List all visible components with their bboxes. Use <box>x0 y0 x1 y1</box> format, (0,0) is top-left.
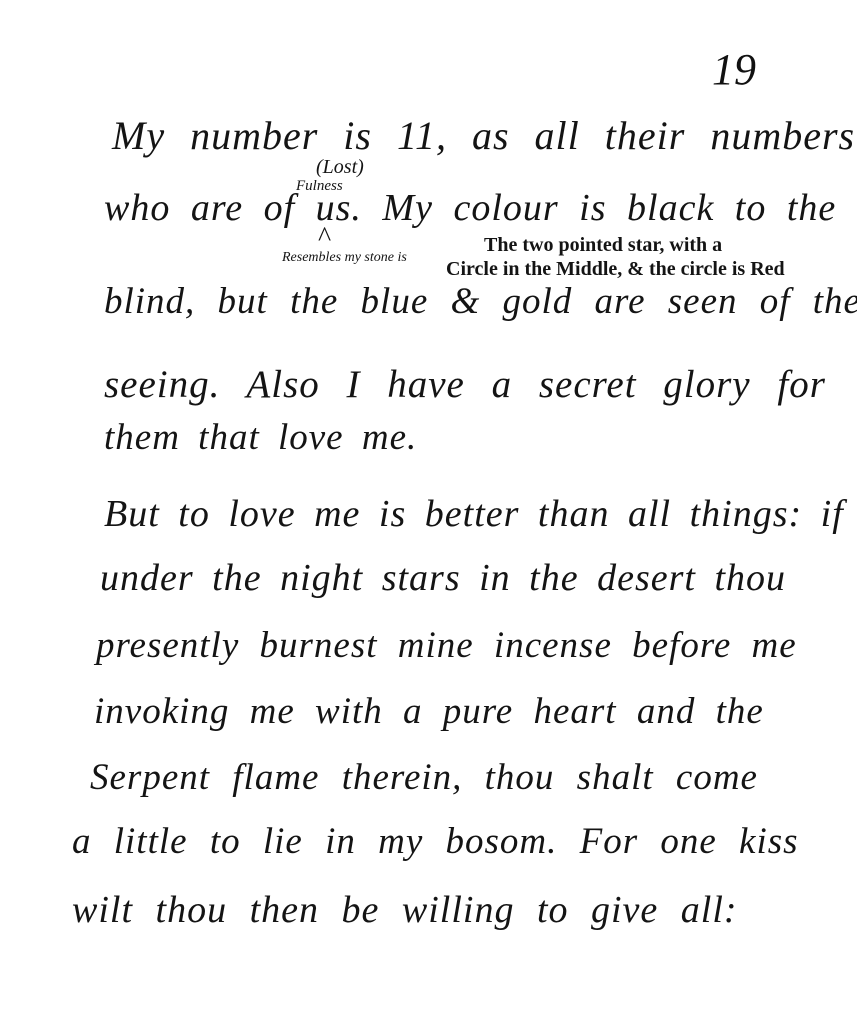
manuscript-line-1: My number is 11, as all their numbers <box>112 112 855 159</box>
page-number: 19 <box>712 44 756 95</box>
manuscript-line-5: them that love me. <box>104 416 417 459</box>
manuscript-page: 19 My number is 11, as all their numbers… <box>0 0 857 1024</box>
manuscript-line-8: presently burnest mine incense before me <box>96 624 797 667</box>
star-note-line-1: The two pointed star, with a <box>484 234 722 257</box>
manuscript-line-7: under the night stars in the desert thou <box>100 556 786 600</box>
manuscript-line-11: a little to lie in my bosom. For one kis… <box>72 820 799 863</box>
manuscript-line-3: blind, but the blue & gold are seen of t… <box>104 280 857 323</box>
manuscript-line-2: who are of us. My colour is black to the <box>104 186 836 230</box>
manuscript-line-6: But to love me is better than all things… <box>104 492 844 536</box>
manuscript-line-4: seeing. Also I have a secret glory for <box>104 362 826 407</box>
manuscript-line-12: wilt thou then be willing to give all: <box>72 888 738 932</box>
insertion-lost: (Lost) <box>316 156 364 179</box>
margin-note: Resembles my stone is <box>282 250 407 266</box>
manuscript-line-9: invoking me with a pure heart and the <box>94 690 764 733</box>
manuscript-line-10: Serpent flame therein, thou shalt come <box>90 756 758 799</box>
star-note-line-2: Circle in the Middle, & the circle is Re… <box>446 258 785 281</box>
